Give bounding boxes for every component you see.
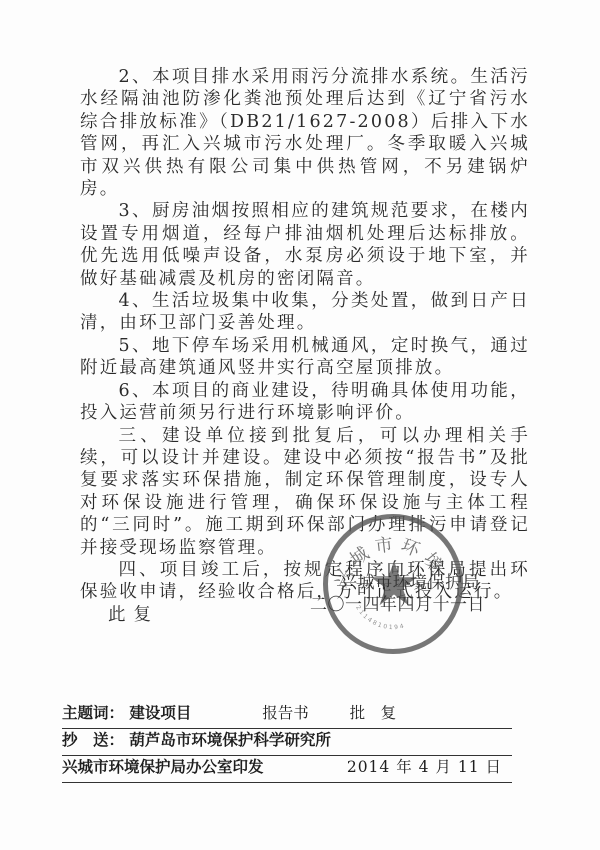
- document-footer: 主题词： 建设项目 报告书 批 复 抄 送： 葫芦岛市环境保护科学研究所 兴城市…: [62, 702, 512, 783]
- document-body: 2、本项目排水采用雨污分流排水系统。生活污水经隔油池防渗化粪池预处理后达到《辽宁…: [80, 66, 530, 626]
- cc-recipient: 葫芦岛市环境保护科学研究所: [129, 731, 331, 749]
- paragraph-parking-ventilation: 5、地下停车场采用机械通风，定时换气，通过附近最高建筑通风竖井实行高空屋顶排放。: [80, 335, 530, 380]
- paragraph-garbage: 4、生活垃圾集中收集，分类处置，做到日产日清，由环卫部门妥善处理。: [80, 290, 530, 335]
- paragraph-drainage: 2、本项目排水采用雨污分流排水系统。生活污水经隔油池防渗化粪池预处理后达到《辽宁…: [80, 66, 530, 200]
- issuing-organization: 兴城市环境保护局: [310, 572, 510, 594]
- paragraph-commercial-eia: 6、本项目的商业建设，待明确具体使用功能，投入运营前须另行进行环境影响评价。: [80, 380, 530, 425]
- paragraph-construction-requirements: 三、建设单位接到批复后，可以办理相关手续，可以设计并建设。建设中必须按“报告书”…: [80, 425, 530, 559]
- issuer-office: 兴城市环境保护局办公室印发: [62, 758, 264, 776]
- keyword-item: 报告书: [262, 704, 309, 722]
- cc-row: 抄 送： 葫芦岛市环境保护科学研究所: [62, 729, 512, 756]
- issuer-row: 兴城市环境保护局办公室印发 2014 年 4 月 11 日: [62, 756, 512, 783]
- keywords-row: 主题词： 建设项目 报告书 批 复: [62, 702, 512, 729]
- paragraph-kitchen-fumes: 3、厨房油烟按照相应的建筑规范要求，在楼内设置专用烟道，经每户排油烟机处理后达标…: [80, 200, 530, 290]
- keyword-item: 批 复: [350, 704, 397, 722]
- keywords-label: 主题词：: [62, 702, 124, 724]
- document-page: 2、本项目排水采用雨污分流排水系统。生活污水经隔油池防渗化粪池预处理后达到《辽宁…: [0, 0, 600, 850]
- issue-date: 2014 年 4 月 11 日: [347, 756, 502, 778]
- keyword-item: 建设项目: [129, 704, 191, 722]
- issue-date-chinese: 二〇一四年四月十一日: [310, 594, 510, 616]
- signature-block: 兴城市环境保护局 二〇一四年四月十一日: [310, 572, 510, 616]
- cc-label: 抄 送：: [62, 729, 124, 751]
